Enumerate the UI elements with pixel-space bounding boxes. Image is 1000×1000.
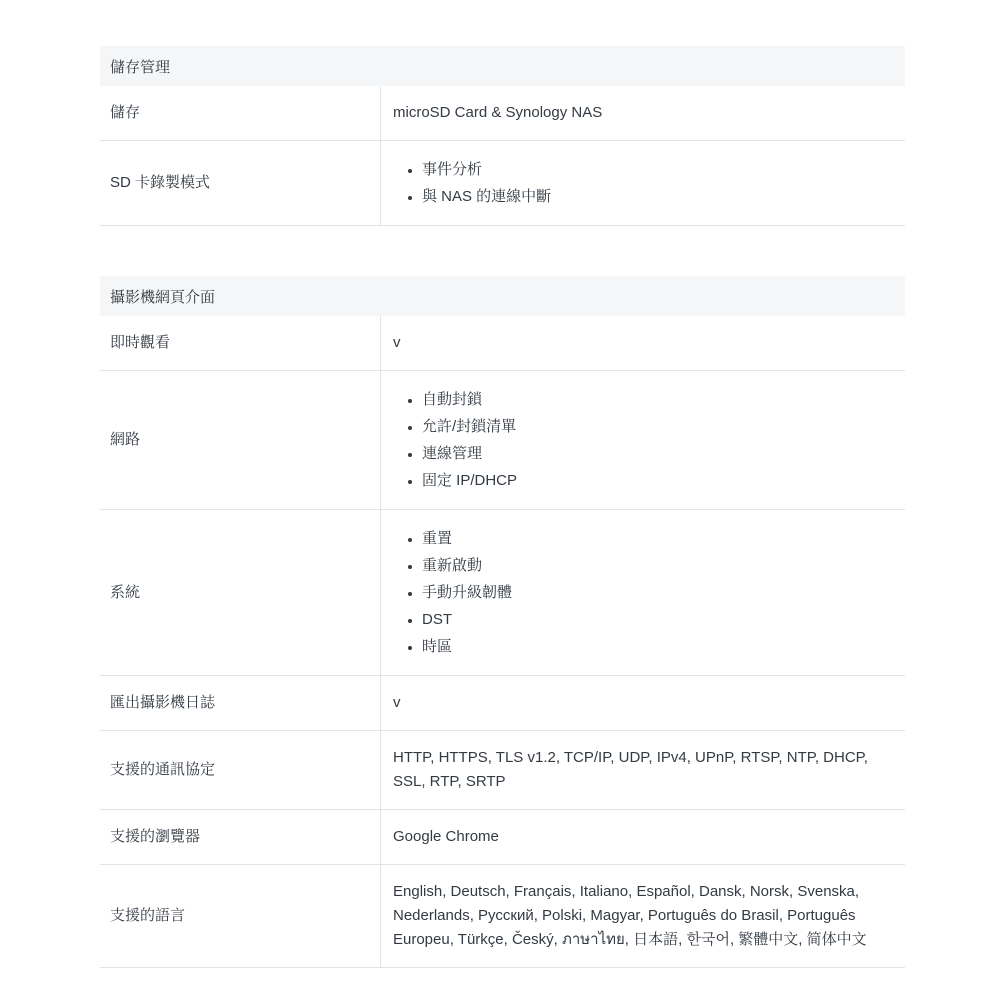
spec-value: v: [380, 676, 905, 730]
section-rows: 儲存 microSD Card & Synology NAS SD 卡錄製模式 …: [100, 86, 905, 226]
spec-label: 支援的通訊協定: [100, 731, 380, 809]
spec-value: microSD Card & Synology NAS: [380, 86, 905, 140]
spec-value: HTTP, HTTPS, TLS v1.2, TCP/IP, UDP, IPv4…: [380, 731, 905, 809]
section-header: 儲存管理: [100, 46, 905, 86]
spec-value-text: Google Chrome: [393, 825, 499, 849]
spec-value-text: English, Deutsch, Français, Italiano, Es…: [393, 880, 891, 952]
spec-list-item: 手動升級韌體: [422, 579, 512, 606]
spec-value: Google Chrome: [380, 810, 905, 864]
spec-row: 支援的通訊協定 HTTP, HTTPS, TLS v1.2, TCP/IP, U…: [100, 731, 905, 810]
spec-value-list: 重置重新啟動手動升級韌體DST時區: [393, 525, 512, 660]
spec-row: 支援的瀏覽器 Google Chrome: [100, 810, 905, 865]
spec-label: 支援的語言: [100, 865, 380, 967]
spec-row: 儲存 microSD Card & Synology NAS: [100, 86, 905, 141]
spec-value: v: [380, 316, 905, 370]
spec-value: 自動封鎖允許/封鎖清單連線管理固定 IP/DHCP: [380, 371, 905, 509]
spec-list-item: 固定 IP/DHCP: [422, 467, 517, 494]
spec-list-item: 與 NAS 的連線中斷: [422, 183, 551, 210]
spec-value-text: v: [393, 691, 401, 715]
spec-value: English, Deutsch, Français, Italiano, Es…: [380, 865, 905, 967]
spec-value-text: HTTP, HTTPS, TLS v1.2, TCP/IP, UDP, IPv4…: [393, 746, 891, 794]
section-title: 儲存管理: [110, 56, 170, 77]
spec-value: 重置重新啟動手動升級韌體DST時區: [380, 510, 905, 675]
spec-list-item: 重新啟動: [422, 552, 512, 579]
spec-list-item: 事件分析: [422, 156, 551, 183]
spec-label: 即時觀看: [100, 316, 380, 370]
spec-label: SD 卡錄製模式: [100, 141, 380, 225]
spec-section: 儲存管理 儲存 microSD Card & Synology NAS SD 卡…: [100, 46, 905, 226]
spec-value-text: microSD Card & Synology NAS: [393, 101, 602, 125]
spec-value-list: 自動封鎖允許/封鎖清單連線管理固定 IP/DHCP: [393, 386, 517, 494]
section-rows: 即時觀看 v 網路 自動封鎖允許/封鎖清單連線管理固定 IP/DHCP 系統 重…: [100, 316, 905, 968]
spec-list-item: 自動封鎖: [422, 386, 517, 413]
section-header: 攝影機網頁介面: [100, 276, 905, 316]
spec-list-item: 允許/封鎖清單: [422, 413, 517, 440]
spec-row: 匯出攝影機日誌 v: [100, 676, 905, 731]
spec-value-text: v: [393, 331, 401, 355]
spec-row: 網路 自動封鎖允許/封鎖清單連線管理固定 IP/DHCP: [100, 371, 905, 510]
spec-value: 事件分析與 NAS 的連線中斷: [380, 141, 905, 225]
spec-row: 即時觀看 v: [100, 316, 905, 371]
spec-label: 支援的瀏覽器: [100, 810, 380, 864]
spec-page: 儲存管理 儲存 microSD Card & Synology NAS SD 卡…: [0, 0, 1000, 1000]
spec-list-item: 時區: [422, 633, 512, 660]
section-title: 攝影機網頁介面: [110, 286, 215, 307]
spec-section: 攝影機網頁介面 即時觀看 v 網路 自動封鎖允許/封鎖清單連線管理固定 IP/D…: [100, 276, 905, 968]
spec-list-item: 連線管理: [422, 440, 517, 467]
spec-row: 系統 重置重新啟動手動升級韌體DST時區: [100, 510, 905, 676]
spec-label: 系統: [100, 510, 380, 675]
spec-list-item: 重置: [422, 525, 512, 552]
spec-label: 網路: [100, 371, 380, 509]
spec-label: 匯出攝影機日誌: [100, 676, 380, 730]
spec-list-item: DST: [422, 606, 512, 633]
spec-row: 支援的語言 English, Deutsch, Français, Italia…: [100, 865, 905, 968]
spec-label: 儲存: [100, 86, 380, 140]
spec-value-list: 事件分析與 NAS 的連線中斷: [393, 156, 551, 210]
spec-tables: 儲存管理 儲存 microSD Card & Synology NAS SD 卡…: [100, 46, 905, 968]
spec-row: SD 卡錄製模式 事件分析與 NAS 的連線中斷: [100, 141, 905, 226]
